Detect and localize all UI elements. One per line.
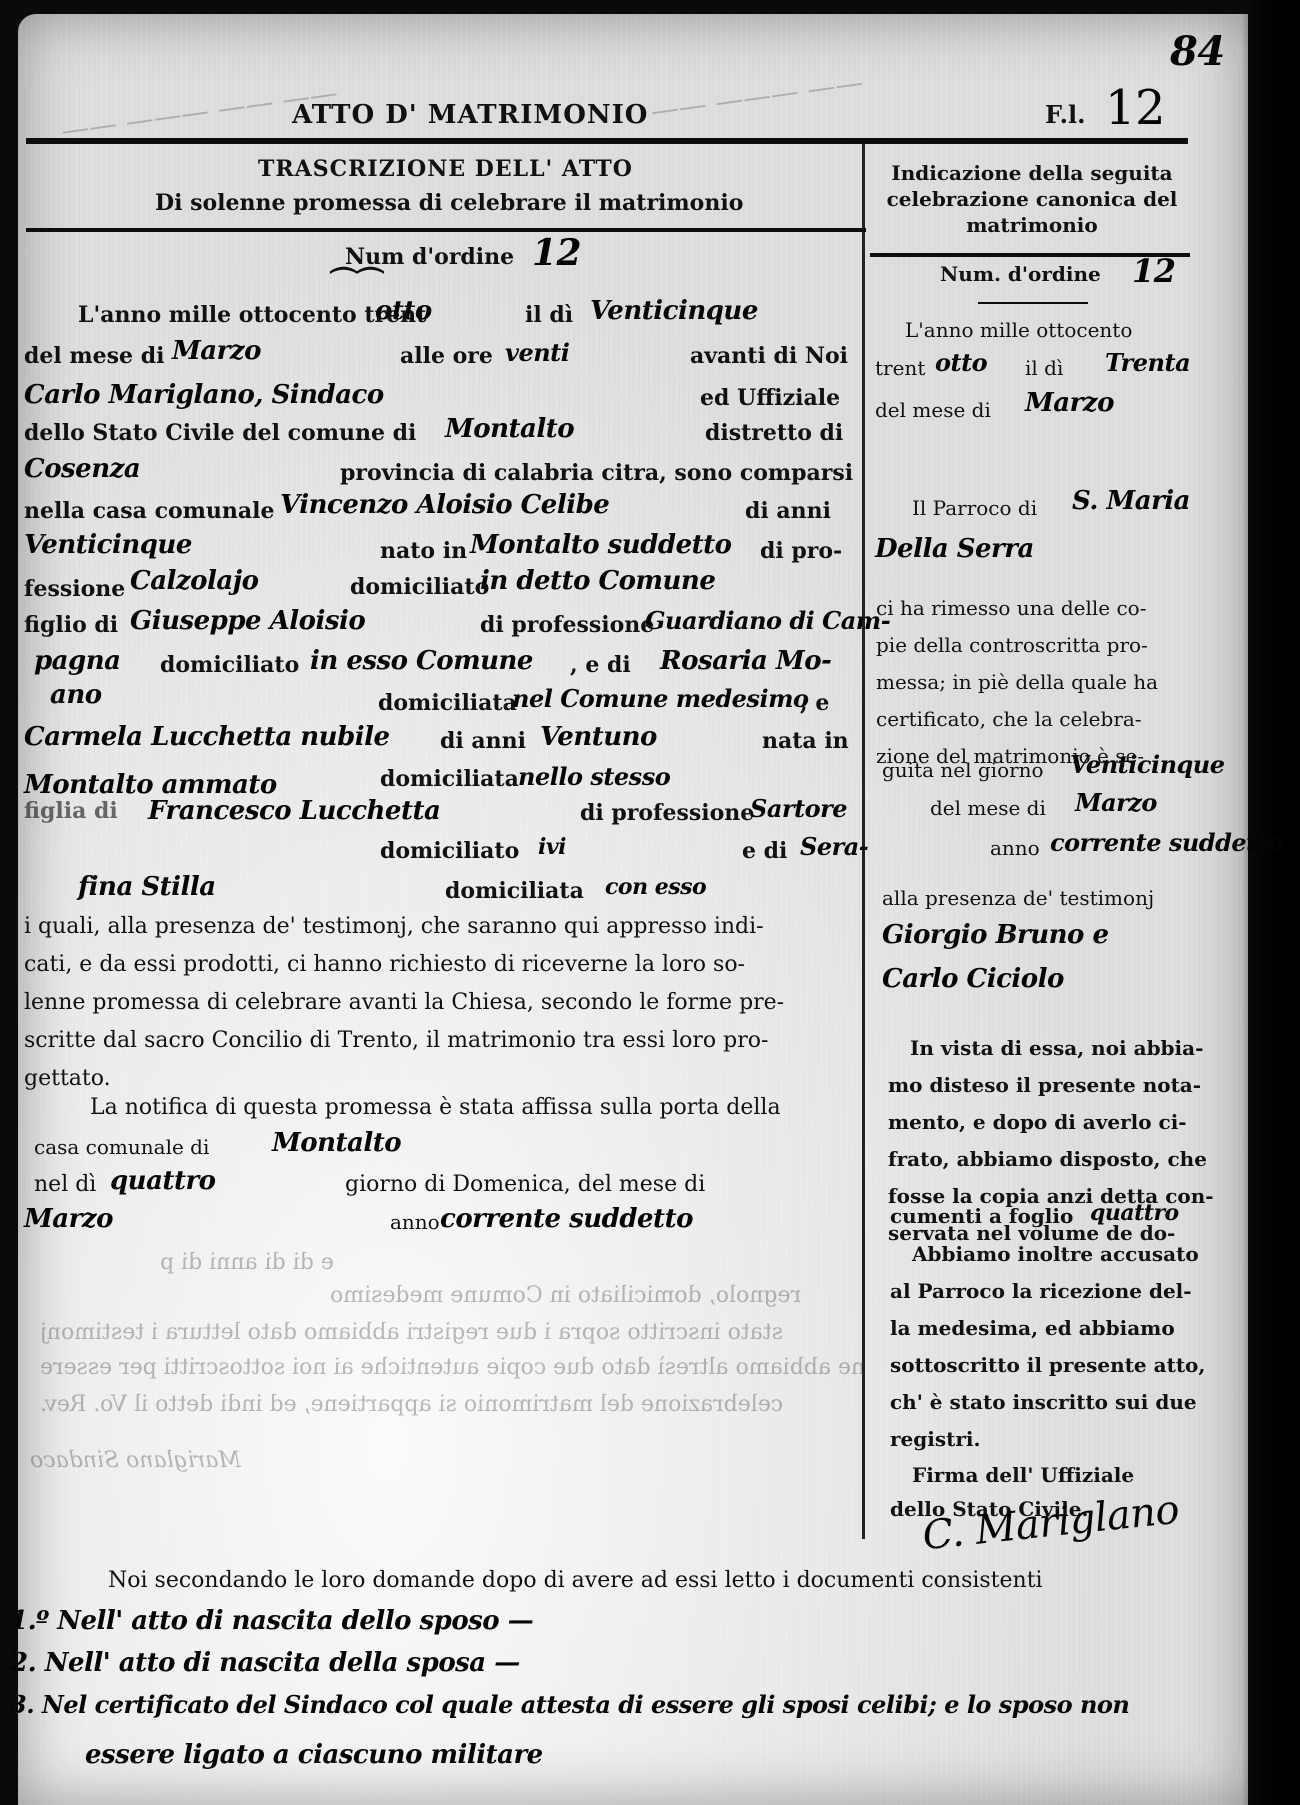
notice-printed: casa comunale di bbox=[34, 1135, 209, 1159]
notice-comune: Montalto bbox=[272, 1128, 401, 1158]
handwritten-groom-name: Vincenzo Aloisio Celibe bbox=[280, 490, 609, 520]
corner-page-number: 84 bbox=[1170, 28, 1225, 75]
right-section-title: Indicazione della seguita celebrazione c… bbox=[872, 160, 1192, 238]
handwritten-officer-name: Carlo Mariglano, Sindaco bbox=[24, 380, 384, 410]
body-line: ci ha rimesso una delle co- bbox=[876, 590, 1158, 627]
celebration-year: corrente suddetto bbox=[1050, 828, 1283, 857]
body-line: la medesima, ed abbiamo bbox=[890, 1310, 1205, 1347]
printed-text: e di bbox=[742, 838, 787, 864]
printed-text: nato in bbox=[380, 538, 467, 564]
folio-label: F.l. bbox=[1045, 100, 1085, 129]
printed-text: alle ore bbox=[400, 343, 493, 369]
footer-item-2: 2. Nell' atto di nascita della sposa — bbox=[10, 1648, 520, 1678]
handwritten-bride-father: Francesco Lucchetta bbox=[148, 796, 440, 826]
printed-text: distretto di bbox=[705, 420, 843, 446]
handwritten-bride-mother: fina Stilla bbox=[78, 872, 216, 902]
body-line: mo disteso il presente nota- bbox=[888, 1067, 1214, 1104]
handwritten-father-name: Giuseppe Aloisio bbox=[130, 606, 365, 636]
body-line: lenne promessa di celebrare avanti la Ch… bbox=[24, 984, 864, 1022]
body-line: cati, e da essi prodotti, ci hanno richi… bbox=[24, 946, 864, 984]
notice-printed: anno bbox=[390, 1210, 440, 1234]
printed-text: fessione bbox=[24, 576, 125, 602]
right-order-label: Num. d'ordine bbox=[940, 262, 1101, 286]
handwritten-year: otto bbox=[375, 296, 432, 326]
body-line: i quali, alla presenza de' testimonj, ch… bbox=[24, 908, 864, 946]
witnesses-label: alla presenza de' testimonj bbox=[882, 886, 1154, 910]
body-line: certificato, che la celebra- bbox=[876, 701, 1158, 738]
right-date-year: otto bbox=[935, 348, 987, 377]
right-order-number: 12 bbox=[1132, 252, 1176, 290]
bleed-through-text: stato inscritto sopra i due registri abb… bbox=[40, 1320, 783, 1345]
header-rule bbox=[26, 138, 1188, 144]
handwritten-hour: venti bbox=[505, 338, 569, 367]
right-date-printed: del mese di bbox=[875, 398, 991, 422]
handwritten-domicile: nel Comune medesimo bbox=[512, 684, 808, 713]
handwritten-text: ano bbox=[50, 680, 102, 710]
printed-text: domiciliata bbox=[380, 766, 519, 792]
subtitle-rule bbox=[26, 228, 866, 232]
printed-text: ed Uffiziale bbox=[700, 385, 840, 411]
handwritten-bride-father-profession: Sartore bbox=[750, 794, 847, 823]
body-line: registri. bbox=[890, 1421, 1205, 1458]
handwritten-district: Cosenza bbox=[24, 454, 140, 484]
body-line: frato, abbiamo disposto, che bbox=[888, 1141, 1214, 1178]
printed-text: , e di bbox=[570, 652, 631, 678]
handwritten-domicile: con esso bbox=[605, 874, 706, 900]
printed-text: nata in bbox=[762, 728, 849, 754]
handwritten-groom-age: Venticinque bbox=[24, 530, 192, 560]
celebration-month: Marzo bbox=[1075, 788, 1157, 817]
footer-item-3-continued: essere ligato a ciascuno militare bbox=[85, 1740, 543, 1770]
body-line: messa; in piè della quale ha bbox=[876, 664, 1158, 701]
handwritten-comune: Montalto bbox=[445, 414, 574, 444]
right-date-line-1: L'anno mille ottocento bbox=[905, 318, 1132, 342]
bleed-through-text: celebrazione del matrimonio si appartien… bbox=[40, 1392, 783, 1417]
right-closing-paragraph-2: Abbiamo inoltre accusato al Parroco la r… bbox=[890, 1236, 1205, 1458]
printed-text: il dì bbox=[525, 302, 573, 328]
right-date-printed: trent bbox=[875, 356, 925, 380]
right-date-printed: il dì bbox=[1025, 356, 1063, 380]
handwritten-month: Marzo bbox=[172, 336, 261, 366]
printed-text: domiciliato bbox=[380, 838, 519, 864]
witness-2: Carlo Ciciolo bbox=[882, 964, 1064, 994]
printed-text: figlia di bbox=[24, 798, 118, 824]
printed-text: di anni bbox=[745, 498, 831, 524]
celebration-day: Venticinque bbox=[1070, 750, 1225, 779]
body-line: scritte dal sacro Concilio di Trento, il… bbox=[24, 1022, 864, 1060]
handwritten-domicile: nello stesso bbox=[518, 762, 670, 791]
celebration-printed: guita nel giorno bbox=[882, 758, 1044, 782]
document-title: ATTO D' MATRIMONIO bbox=[292, 100, 648, 130]
notice-printed: nel dì bbox=[34, 1172, 96, 1197]
celebration-printed: anno bbox=[990, 836, 1040, 860]
printed-text: provincia di calabria citra, sono compar… bbox=[340, 460, 853, 486]
handwritten-mother-name: Rosaria Mo- bbox=[660, 646, 831, 676]
handwritten-domicile: in detto Comune bbox=[480, 566, 715, 596]
folio-line-printed: cumenti a foglio bbox=[890, 1204, 1073, 1228]
printed-text: dello Stato Civile del comune di bbox=[24, 420, 416, 446]
bleed-through-text: ne abbiamo altresì dato due copie autent… bbox=[40, 1355, 865, 1380]
notice-month: Marzo bbox=[24, 1204, 113, 1234]
body-line: al Parroco la ricezione del- bbox=[890, 1273, 1205, 1310]
right-date-month: Marzo bbox=[1025, 388, 1114, 418]
printed-text: del mese di bbox=[24, 343, 164, 369]
handwritten-text: Sera- bbox=[800, 832, 868, 861]
printed-text: nella casa comunale bbox=[24, 498, 275, 524]
printed-text: , e bbox=[800, 690, 829, 716]
notice-day: quattro bbox=[110, 1166, 216, 1196]
parish-label: Il Parroco di bbox=[912, 496, 1037, 520]
printed-text: di professione bbox=[480, 612, 654, 638]
printed-text: figlio di bbox=[24, 612, 118, 638]
right-date-day: Trenta bbox=[1105, 348, 1190, 377]
folio-line-filled: quattro bbox=[1090, 1200, 1179, 1226]
printed-text: domiciliata bbox=[445, 878, 584, 904]
bleed-through-text: regnolo, domiciliato in Comune medesimo bbox=[330, 1283, 801, 1308]
body-line: pie della controscritta pro- bbox=[876, 627, 1158, 664]
left-section-subtitle: Di solenne promessa di celebrare il matr… bbox=[155, 190, 743, 216]
printed-text: di pro- bbox=[760, 538, 842, 564]
footer-item-1: 1.º Nell' atto di nascita dello sposo — bbox=[10, 1606, 533, 1636]
parish-name: S. Maria bbox=[1072, 486, 1190, 516]
footer-intro: Noi secondando le loro domande dopo di a… bbox=[108, 1568, 1043, 1593]
handwritten-day: Venticinque bbox=[590, 296, 758, 326]
handwritten-father-profession: Guardiano di Cam- bbox=[645, 606, 890, 635]
printed-text: domiciliato bbox=[350, 574, 489, 600]
printed-text: domiciliata bbox=[378, 690, 517, 716]
printed-text: avanti di Noi bbox=[690, 343, 848, 369]
notice-line-1: La notifica di questa promessa è stata a… bbox=[90, 1095, 781, 1120]
handwritten-text: ivi bbox=[538, 834, 566, 860]
body-line: sottoscritto il presente atto, bbox=[890, 1347, 1205, 1384]
scan-edge-shadow bbox=[1242, 0, 1300, 1805]
notice-printed: giorno di Domenica, del mese di bbox=[345, 1172, 705, 1197]
handwritten-bride-age: Ventuno bbox=[540, 722, 657, 752]
right-section-title-text: Indicazione della seguita celebrazione c… bbox=[872, 160, 1192, 238]
bleed-through-text: Mariglano Sindaco bbox=[30, 1448, 241, 1473]
notice-year: corrente suddetto bbox=[440, 1204, 693, 1234]
left-section-title: TRASCRIZIONE DELL' ATTO bbox=[258, 156, 633, 182]
ornament-flourish: ⏜⏜ bbox=[330, 266, 384, 300]
celebration-printed: del mese di bbox=[930, 796, 1046, 820]
body-line: Abbiamo inoltre accusato bbox=[890, 1236, 1205, 1273]
printed-text: di anni bbox=[440, 728, 526, 754]
body-paragraph: i quali, alla presenza de' testimonj, ch… bbox=[24, 908, 864, 1098]
short-rule bbox=[978, 302, 1088, 304]
witness-1: Giorgio Bruno e bbox=[882, 920, 1109, 950]
bleed-through-text: e di di anni di p bbox=[160, 1250, 334, 1275]
body-line: In vista di essa, noi abbia- bbox=[888, 1030, 1214, 1067]
handwritten-profession: Calzolajo bbox=[130, 566, 259, 596]
footer-item-3: 3. Nel certificato del Sindaco col quale… bbox=[10, 1690, 1129, 1719]
body-line: mento, e dopo di averlo ci- bbox=[888, 1104, 1214, 1141]
parish-name-continued: Della Serra bbox=[875, 534, 1034, 564]
body-line: gettato. bbox=[24, 1060, 864, 1098]
handwritten-domicile: in esso Comune bbox=[310, 646, 533, 676]
folio-number: 12 bbox=[1105, 80, 1165, 136]
handwritten-bride-name: Carmela Lucchetta nubile bbox=[24, 722, 390, 752]
printed-text: domiciliato bbox=[160, 652, 299, 678]
left-order-number: 12 bbox=[532, 232, 581, 274]
body-line: ch' è stato inscritto sui due bbox=[890, 1384, 1205, 1421]
handwritten-text: pagna bbox=[34, 646, 120, 676]
handwritten-birthplace: Montalto suddetto bbox=[470, 530, 731, 560]
right-body-paragraph: ci ha rimesso una delle co- pie della co… bbox=[876, 590, 1158, 775]
printed-text: di professione bbox=[580, 800, 754, 826]
